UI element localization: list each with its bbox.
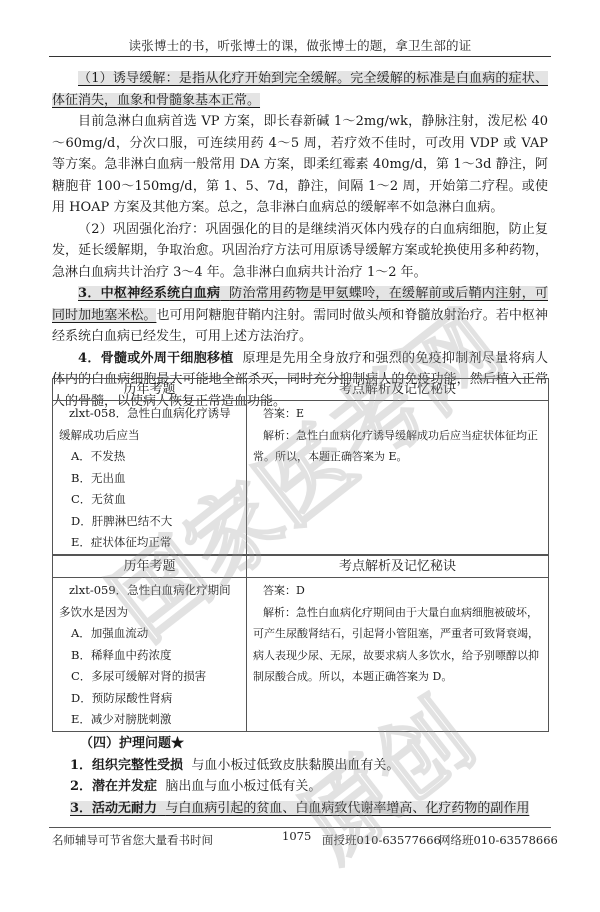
nursing-item-heading: 1．组织完整性受损: [70, 758, 183, 773]
answer-text: 答案：E: [253, 403, 542, 425]
induction-highlight: （1）诱导缓解：是指从化疗开始到完全缓解。完全缓解的标准是白血病的症状、体征消失…: [52, 71, 548, 108]
consolidation-body: （2）巩固强化治疗：巩固强化的目的是继续消灭体内残存的白血病细胞，防止复发，延长…: [52, 219, 548, 284]
analysis-cell: 答案：E 解析：急性白血病化疗诱导缓解成功后应当症状体征均正常。所以，本题正确答…: [247, 401, 549, 555]
cns-paragraph: 3．中枢神经系统白血病 防治常用药物是甲氨蝶呤，在缓解前或后鞘内注射，可同时加地…: [52, 283, 548, 348]
nursing-title: （四）护理问题★: [70, 733, 550, 755]
analysis-text: 解析：急性白血病化疗诱导缓解成功后应当症状体征均正常。所以，本题正确答案为 E。: [253, 425, 542, 468]
table-header-past-questions: 历年考题: [53, 556, 247, 578]
question-cell: zlxt-058．急性白血病化疗诱导缓解成功后应当 A．不发热 B．无出血 C．…: [53, 401, 247, 555]
exam-table-1: 历年考题 考点解析及记忆秘诀 zlxt-058．急性白血病化疗诱导缓解成功后应当…: [52, 378, 549, 555]
option-d: D．预防尿酸性肾病: [59, 688, 240, 710]
option-b: B．无出血: [59, 468, 240, 490]
nursing-item-text: 与白血病引起的贫血、白血病致代谢率增高、化疗药物的副作用: [157, 801, 529, 816]
page-number: 1075: [282, 829, 311, 843]
question-text: zlxt-059．急性白血病化疗期间多饮水是因为: [59, 580, 240, 623]
table-header-past-questions: 历年考题: [53, 379, 247, 401]
answer-text: 答案：D: [253, 580, 542, 602]
nursing-item-3: 3．活动无耐力 与白血病引起的贫血、白血病致代谢率增高、化疗药物的副作用: [70, 798, 550, 820]
header-divider: [49, 56, 551, 57]
table-header-analysis: 考点解析及记忆秘诀: [247, 379, 549, 401]
phone-onsite-class: 面授班010-63577666: [322, 832, 441, 848]
footer-divider: [49, 827, 551, 828]
phone-online-class: 网络班010-63578666: [439, 832, 558, 848]
header-slogan: 读张博士的书，听张博士的课，做张博士的题，拿卫生部的证: [0, 36, 600, 54]
option-e: E．减少对膀胱刺激: [59, 709, 240, 731]
induction-body: 目前急淋白血病首选 VP 方案，即长春新碱 1～2mg/wk，静脉注射，泼尼松 …: [52, 111, 548, 219]
nursing-item-1: 1．组织完整性受损 与血小板过低致皮肤黏膜出血有关。: [70, 755, 550, 777]
table-header-analysis: 考点解析及记忆秘诀: [247, 556, 549, 578]
nursing-item-2: 2．潜在并发症 脑出血与血小板过低有关。: [70, 776, 550, 798]
option-c: C．多尿可缓解对肾的损害: [59, 666, 240, 688]
option-a: A．加强血流动: [59, 623, 240, 645]
document-page: 读张博士的书，听张博士的课，做张博士的题，拿卫生部的证 （1）诱导缓解：是指从化…: [0, 0, 600, 912]
question-text: zlxt-058．急性白血病化疗诱导缓解成功后应当: [59, 403, 240, 446]
nursing-item-text-content: 与白血病引起的贫血、白血病致代谢率增高、化疗药物的副作用: [165, 801, 529, 816]
option-c: C．无贫血: [59, 489, 240, 511]
analysis-cell: 答案：D 解析：急性白血病化疗期间由于大量白血病细胞被破坏，可产生尿酸肾结石，引…: [247, 578, 549, 732]
analysis-text: 解析：急性白血病化疗期间由于大量白血病细胞被破坏，可产生尿酸肾结石，引起肾小管阻…: [253, 602, 542, 688]
option-e: E．症状体征均正常: [59, 532, 240, 554]
option-a: A．不发热: [59, 446, 240, 468]
nursing-item-heading: 2．潜在并发症: [70, 779, 157, 794]
footer-slogan: 名师辅导可节省您大量看书时间: [52, 832, 213, 848]
exam-table-2: 历年考题 考点解析及记忆秘诀 zlxt-059．急性白血病化疗期间多饮水是因为 …: [52, 555, 549, 732]
nursing-item-text: 脑出血与血小板过低有关。: [165, 779, 321, 794]
question-cell: zlxt-059．急性白血病化疗期间多饮水是因为 A．加强血流动 B．稀释血中药…: [53, 578, 247, 732]
option-d: D．肝脾淋巴结不大: [59, 511, 240, 533]
nursing-item-heading: 3．活动无耐力: [70, 801, 157, 816]
transplant-heading: 4．骨髓或外周干细胞移植: [78, 351, 234, 366]
nursing-item-text: 与血小板过低致皮肤黏膜出血有关。: [191, 758, 399, 773]
section-nursing: （四）护理问题★ 1．组织完整性受损 与血小板过低致皮肤黏膜出血有关。 2．潜在…: [70, 733, 550, 819]
induction-definition: （1）诱导缓解：是指从化疗开始到完全缓解。完全缓解的标准是白血病的症状、体征消失…: [52, 68, 548, 111]
cns-heading: 3．中枢神经系统白血病: [78, 286, 220, 301]
option-b: B．稀释血中药浓度: [59, 645, 240, 667]
section-induction: （1）诱导缓解：是指从化疗开始到完全缓解。完全缓解的标准是白血病的症状、体征消失…: [52, 68, 548, 412]
